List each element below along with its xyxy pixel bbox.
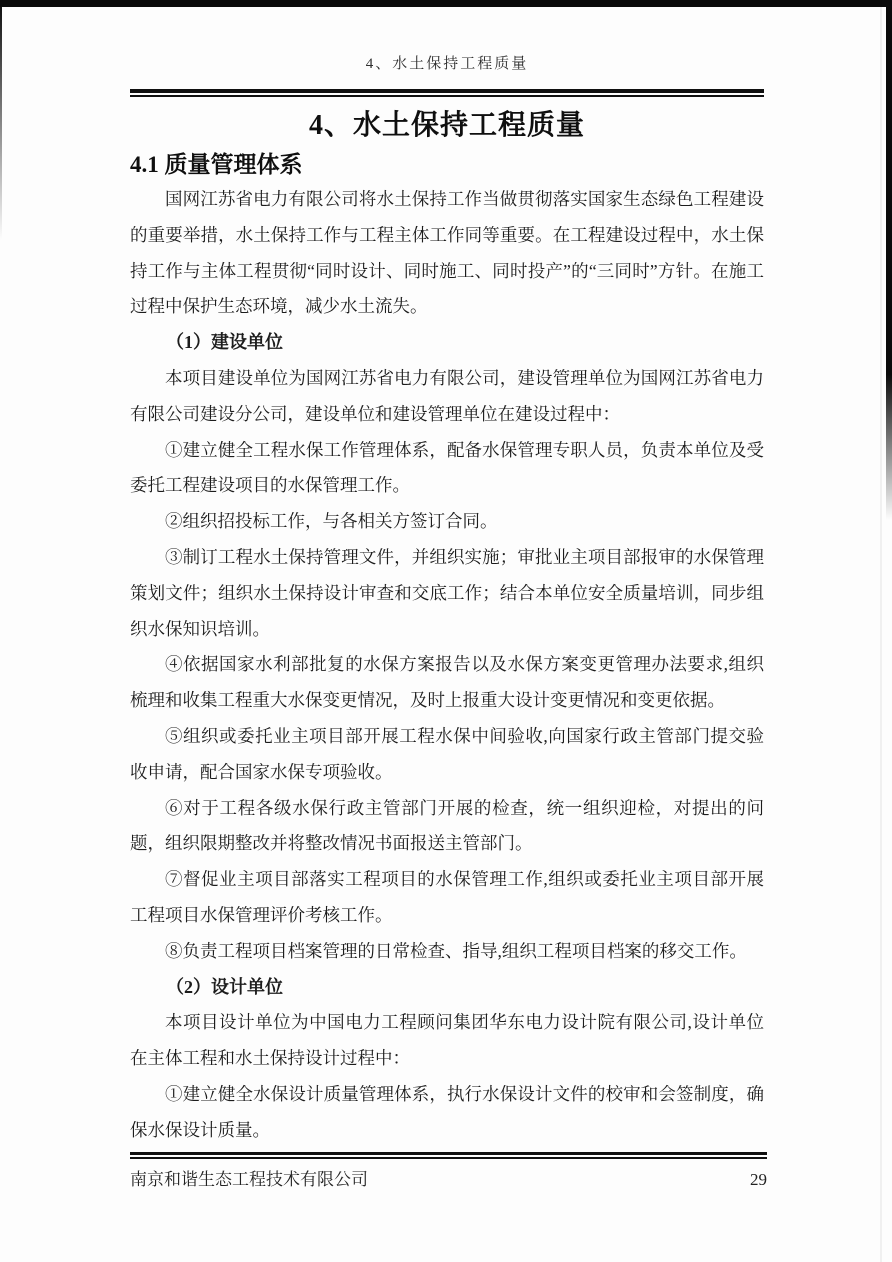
scan-streak: [880, 0, 882, 1262]
page-title: 4、水土保持工程质量: [130, 108, 764, 144]
footer-page-number: 29: [750, 1170, 767, 1190]
paragraph: 本项目设计单位为中国电力工程顾问集团华东电力设计院有限公司,设计单位在主体工程和…: [130, 1005, 764, 1077]
running-header: 4、水土保持工程质量: [130, 55, 764, 74]
paragraph: ③制订工程水土保持管理文件，并组织实施；审批业主项目部报审的水保管理策划文件；组…: [130, 540, 764, 647]
header-double-rule: [130, 89, 764, 97]
footer-company-name: 南京和谐生态工程技术有限公司: [130, 1165, 368, 1190]
footer-double-rule: [130, 1152, 767, 1159]
paragraph: ⑧负责工程项目档案管理的日常检查、指导,组织工程项目档案的移交工作。: [130, 934, 764, 970]
paragraph: ②组织招投标工作，与各相关方签订合同。: [130, 504, 764, 540]
sub-heading-construction-unit: （1）建设单位: [130, 325, 764, 361]
page-footer: 南京和谐生态工程技术有限公司 29: [130, 1152, 767, 1190]
paragraph: 本项目建设单位为国网江苏省电力有限公司，建设管理单位为国网江苏省电力有限公司建设…: [130, 361, 764, 433]
paragraph: ⑦督促业主项目部落实工程项目的水保管理工作,组织或委托业主项目部开展工程项目水保…: [130, 862, 764, 934]
section-heading: 4.1 质量管理体系: [130, 149, 764, 180]
sub-heading-design-unit: （2）设计单位: [130, 970, 764, 1006]
paragraph: 国网江苏省电力有限公司将水土保持工作当做贯彻落实国家生态绿色工程建设的重要举措，…: [130, 182, 764, 325]
paragraph: ⑥对于工程各级水保行政主管部门开展的检查，统一组织迎检，对提出的问题，组织限期整…: [130, 791, 764, 863]
paragraph: ①建立健全水保设计质量管理体系，执行水保设计文件的校审和会签制度，确保水保设计质…: [130, 1077, 764, 1149]
page-body: 4、水土保持工程质量 4、水土保持工程质量 4.1 质量管理体系 国网江苏省电力…: [130, 0, 764, 1149]
scan-edge-right: [886, 0, 892, 520]
paragraph: ⑤组织或委托业主项目部开展工程水保中间验收,向国家行政主管部门提交验收申请，配合…: [130, 719, 764, 791]
paragraph: ①建立健全工程水保工作管理体系，配备水保管理专职人员，负责本单位及受委托工程建设…: [130, 433, 764, 505]
document-page: 4、水土保持工程质量 4、水土保持工程质量 4.1 质量管理体系 国网江苏省电力…: [0, 0, 892, 1262]
body-text: 国网江苏省电力有限公司将水土保持工作当做贯彻落实国家生态绿色工程建设的重要举措，…: [130, 182, 764, 1149]
paragraph: ④依据国家水利部批复的水保方案报告以及水保方案变更管理办法要求,组织梳理和收集工…: [130, 647, 764, 719]
scan-edge-left: [0, 0, 2, 240]
